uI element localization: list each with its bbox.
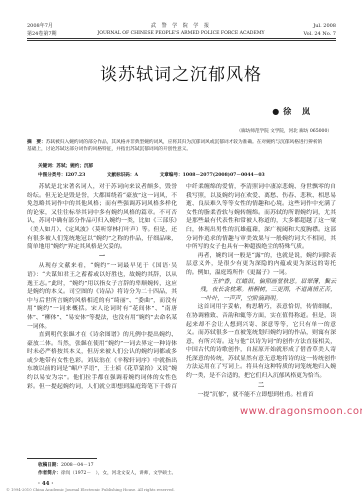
paragraph: 再者，婉约词一般是“露”的，也就是说，婉约词除表层意义外，是很少有更为深隐的内蕴… — [186, 252, 336, 278]
keywords: 苏轼；婉约；沉郁 — [56, 164, 93, 169]
article-title: 谈苏轼词之沉郁风格 — [0, 60, 362, 85]
author-bio: 作者简介：徐岚（1972－ ），女，河北文安人，讲师，文学硕士。 — [38, 470, 176, 476]
paragraph: 这首词用字妥帖，构思精巧，表意恰切，传情细腻，在协调雅致、音韵和辄等方面，实在值… — [186, 303, 336, 380]
doc-code: A — [135, 173, 139, 178]
quoted-poem: 玉炉香，红蜡泪，偏照画堂秋思。眉翠薄，鬓云残，夜长衾枕寒。梧桐树，三更雨，不道离… — [186, 278, 336, 304]
body-column-right: 中纤柔缠绵的爱情，李清照词中凄凉悲婉、身世飘零的自我写照，以及婉约词在欢爱、离愁… — [186, 183, 336, 400]
abstract: 摘 要：苏轼被归入婉约词的部分作品，其风格并非典型婉约词风，应将其归为沉郁词风或… — [27, 139, 327, 154]
journal-name-cn: 武 警 学 院 学 报 — [0, 23, 362, 29]
author-name: ●徐 岚 — [272, 106, 314, 117]
body-column-left: 苏轼是北宋著名词人，对于苏词向来议者颇多，毁誉纷纭。但无论是毁是誉，大都围绕着“… — [27, 183, 177, 391]
paragraph: 从现存文献来看，“婉约”一词最早见于《国语·吴语》：“夫谋知君王之蓄蓄或以好胜也… — [27, 262, 177, 331]
abstract-label: 摘 要： — [27, 140, 46, 145]
header-volume-en: Vol. 24 No. 7 — [303, 31, 336, 37]
article-no-label: 文章编号： — [160, 173, 183, 178]
article-no: 1008－2077(2008)07－0044－03 — [183, 173, 265, 178]
abstract-text: 苏轼被归入婉约词的部分作品，其风格并非典型婉约词风，应将其归为沉郁词风或沉郁词才… — [27, 140, 322, 152]
clc-code: I207.23 — [66, 173, 86, 178]
keywords-label: 关键词： — [38, 164, 56, 169]
received-value: 2008－04－17 — [61, 463, 94, 468]
author-affiliation: （廊坊师范学院 文学院，河北 廊坊 065000） — [237, 128, 332, 134]
header-rule-thin — [27, 40, 336, 41]
watermark: www.dragonsmoon.com — [240, 406, 362, 417]
paragraph: 一提“沉郁”，就不能不立即想到杜甫。杜甫首 — [186, 391, 336, 400]
copyright-notice: © 1994-2010 China Academic Journal Elect… — [6, 487, 175, 492]
bio-value: 徐岚（1972－ ），女，河北文安人，讲师，文学硕士。 — [61, 471, 176, 476]
paragraph: 直到明代张綖才在《诗余图谱》的凡例中提出婉约、豪放二体。当然，张綖在使用“婉约”… — [27, 331, 177, 391]
paragraph: 苏轼是北宋著名词人，对于苏词向来议者颇多，毁誉纷纭。但无论是毁是誉，大都围绕着“… — [27, 183, 177, 252]
section-number: 一 — [27, 253, 177, 262]
received-label: 收稿日期： — [38, 463, 61, 468]
footnote-rule — [27, 458, 97, 459]
keywords-row: 关键词：苏轼；婉约；沉郁 — [38, 163, 113, 169]
header-rule — [27, 38, 336, 39]
section-number: 二 — [186, 382, 336, 391]
doc-code-label: 文献标识码： — [107, 173, 135, 178]
bio-label: 作者简介： — [38, 471, 61, 476]
classification-row: 中图分类号：I207.23 文献标识码：A 文章编号：1008－2077(200… — [38, 172, 285, 178]
header-date-en: Jul. 2008 — [313, 23, 336, 29]
paragraph: 中纤柔缠绵的爱情，李清照词中凄凉悲婉、身世飘零的自我写照，以及婉约词在欢爱、离愁… — [186, 183, 336, 252]
received-date: 收稿日期：2008－04－17 — [38, 462, 94, 468]
clc-label: 中图分类号： — [38, 173, 66, 178]
